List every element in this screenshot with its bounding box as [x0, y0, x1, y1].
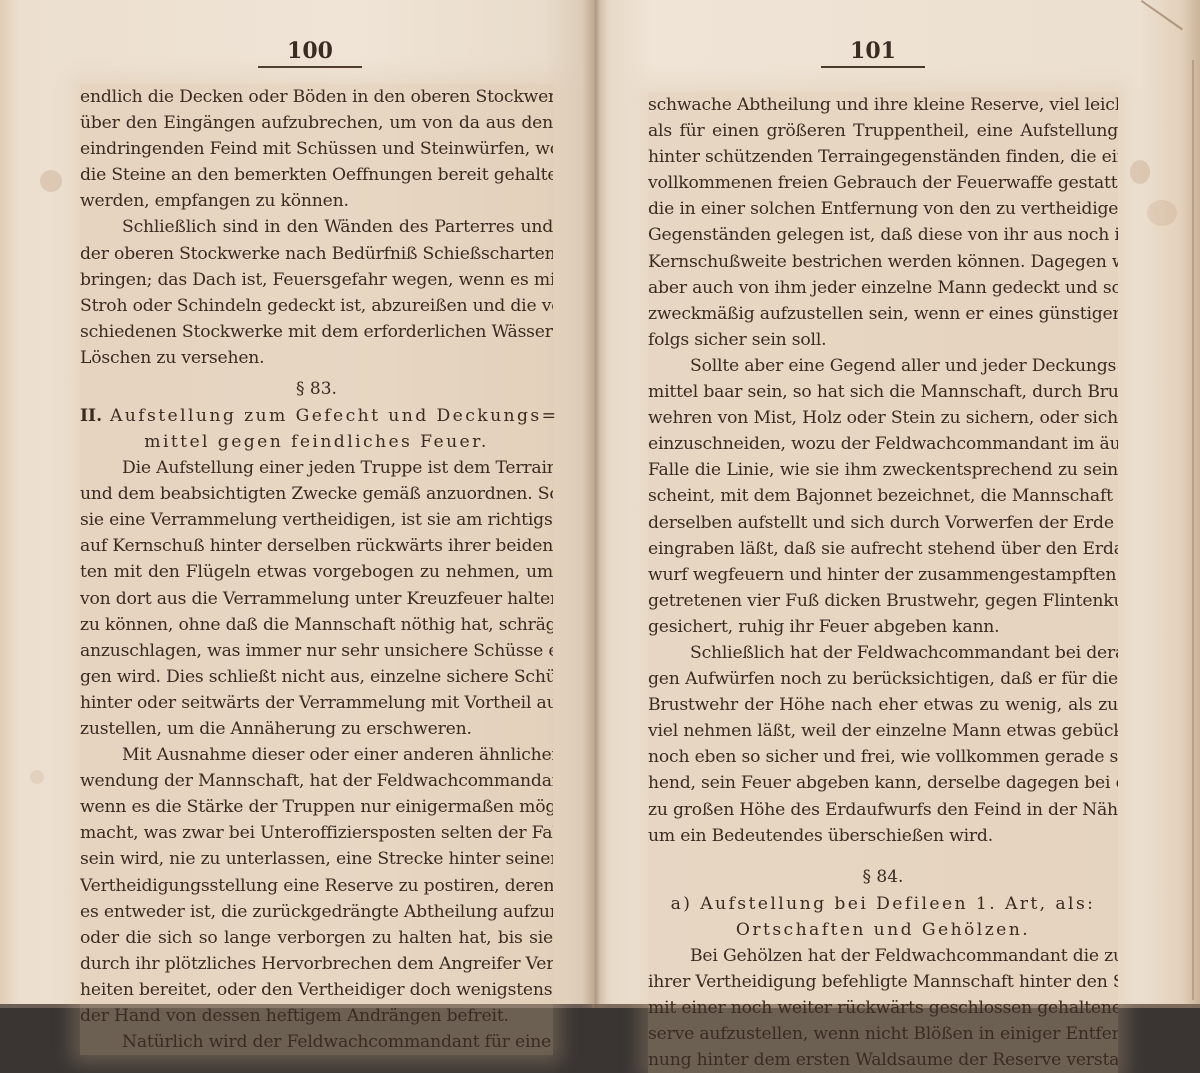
text-line: folgs sicher sein soll.	[648, 327, 1118, 353]
text-line: Mit Ausnahme dieser oder einer anderen ä…	[80, 742, 553, 768]
section-number: § 83.	[80, 375, 553, 403]
text-line: Sollte aber eine Gegend aller und jeder …	[648, 353, 1118, 379]
text-line: einzuschneiden, wozu der Feldwachcommand…	[648, 431, 1118, 457]
text-line: werden, empfangen zu können.	[80, 188, 553, 214]
paper-stain	[1130, 160, 1150, 184]
text-line: durch ihr plötzliches Hervorbrechen dem …	[80, 951, 553, 977]
section-heading: II. Aufstellung zum Gefecht und Deckungs…	[80, 403, 553, 429]
text-line: wenn es die Stärke der Truppen nur einig…	[80, 794, 553, 820]
text-line: ten mit den Flügeln etwas vorgebogen zu …	[80, 559, 553, 585]
section-heading: a) Aufstellung bei Defileen 1. Art, als:	[648, 891, 1118, 917]
text-line: anzuschlagen, was immer nur sehr unsiche…	[80, 638, 553, 664]
text-line: eingraben läßt, daß sie aufrecht stehend…	[648, 536, 1118, 562]
section-number: § 84.	[648, 863, 1118, 891]
text-line: schiedenen Stockwerke mit dem erforderli…	[80, 319, 553, 345]
page-number: 101	[818, 38, 928, 68]
text-line: mittel baar sein, so hat sich die Mannsc…	[648, 379, 1118, 405]
text-line: von dort aus die Verrammelung unter Kreu…	[80, 586, 553, 612]
section-heading-cont: mittel gegen feindliches Feuer.	[80, 429, 553, 455]
text-line: Stroh oder Schindeln gedeckt ist, abzure…	[80, 293, 553, 319]
text-line: endlich die Decken oder Böden in den obe…	[80, 84, 553, 110]
text-line: viel nehmen läßt, weil der einzelne Mann…	[648, 718, 1118, 744]
text-line: eindringenden Feind mit Schüssen und Ste…	[80, 136, 553, 162]
text-line: noch eben so sicher und frei, wie vollko…	[648, 744, 1118, 770]
text-line: schwache Abtheilung und ihre kleine Rese…	[648, 92, 1118, 118]
text-line: um ein Bedeutendes überschießen wird.	[648, 823, 1118, 849]
paper-stain	[1147, 200, 1177, 226]
left-page-text: endlich die Decken oder Böden in den obe…	[80, 84, 553, 1017]
text-line: getretenen vier Fuß dicken Brustwehr, ge…	[648, 588, 1118, 614]
text-line: oder die sich so lange verborgen zu halt…	[80, 925, 553, 951]
paper-stain	[40, 170, 62, 192]
text-line: die Steine an den bemerkten Oeffnungen b…	[80, 162, 553, 188]
text-line: zu großen Höhe des Erdaufwurfs den Feind…	[648, 797, 1118, 823]
text-line: scheint, mit dem Bajonnet bezeichnet, di…	[648, 483, 1118, 509]
book-gutter	[582, 0, 608, 1008]
open-book: 100 endlich die Decken oder Böden in den…	[0, 0, 1200, 1010]
heading-numeral: II.	[80, 406, 102, 426]
text-line: sein wird, nie zu unterlassen, eine Stre…	[80, 846, 553, 872]
text-line: auf Kernschuß hinter derselben rückwärts…	[80, 533, 553, 559]
page-edge	[1192, 60, 1194, 1000]
text-line: es entweder ist, die zurückgedrängte Abt…	[80, 899, 553, 925]
text-line: aber auch von ihm jeder einzelne Mann ge…	[648, 275, 1118, 301]
text-line: der oberen Stockwerke nach Bedürfniß Sch…	[80, 241, 553, 267]
text-line: macht, was zwar bei Unteroffiziersposten…	[80, 820, 553, 846]
paper-stain	[30, 770, 44, 784]
text-line: ihrer Vertheidigung befehligte Mannschaf…	[648, 969, 1118, 995]
text-line: hinter oder seitwärts der Verrammelung m…	[80, 690, 553, 716]
text-line: vollkommenen freien Gebrauch der Feuerwa…	[648, 170, 1118, 196]
text-line: der Hand von dessen heftigem Andrängen b…	[80, 1003, 553, 1017]
text-line: Die Aufstellung einer jeden Truppe ist d…	[80, 455, 553, 481]
text-line: zustellen, um die Annäherung zu erschwer…	[80, 716, 553, 742]
text-line: hend, sein Feuer abgeben kann, derselbe …	[648, 770, 1118, 796]
section-heading-cont: Ortschaften und Gehölzen.	[648, 917, 1118, 943]
text-line: als für einen größeren Truppentheil, ein…	[648, 118, 1118, 144]
page-corner-fold	[1141, 0, 1183, 30]
text-line: heiten bereitet, oder den Vertheidiger d…	[80, 977, 553, 1003]
text-line: wurf wegfeuern und hinter der zusammenge…	[648, 562, 1118, 588]
text-line: Vertheidigungsstellung eine Reserve zu p…	[80, 873, 553, 899]
text-line: Bei Gehölzen hat der Feldwachcommandant …	[648, 943, 1118, 969]
left-page: 100 endlich die Decken oder Böden in den…	[0, 0, 592, 1008]
text-line: Schließlich hat der Feldwachcommandant b…	[648, 640, 1118, 666]
text-line: Kernschußweite bestrichen werden können.…	[648, 249, 1118, 275]
text-line: mit einer noch weiter rückwärts geschlos…	[648, 995, 1118, 1017]
text-line: Schließlich sind in den Wänden des Parte…	[80, 214, 553, 240]
text-line: wehren von Mist, Holz oder Stein zu sich…	[648, 405, 1118, 431]
heading-text: Aufstellung zum Gefecht und Deckungs=	[110, 406, 559, 426]
text-line: Falle die Linie, wie sie ihm zweckentspr…	[648, 457, 1118, 483]
text-line: und dem beabsichtigten Zwecke gemäß anzu…	[80, 481, 553, 507]
text-line: gesichert, ruhig ihr Feuer abgeben kann.	[648, 614, 1118, 640]
right-page-text: schwache Abtheilung und ihre kleine Rese…	[648, 92, 1118, 1017]
text-line: bringen; das Dach ist, Feuersgefahr wege…	[80, 267, 553, 293]
text-line: zweckmäßig aufzustellen sein, wenn er ei…	[648, 301, 1118, 327]
text-line: zu können, ohne daß die Mannschaft nöthi…	[80, 612, 553, 638]
page-number: 100	[255, 38, 365, 68]
text-line: wendung der Mannschaft, hat der Feldwach…	[80, 768, 553, 794]
text-line: derselben aufstellt und sich durch Vorwe…	[648, 510, 1118, 536]
text-line: sie eine Verrammelung vertheidigen, ist …	[80, 507, 553, 533]
text-line: hinter schützenden Terraingegenständen f…	[648, 144, 1118, 170]
text-line: gen wird. Dies schließt nicht aus, einze…	[80, 664, 553, 690]
text-line: über den Eingängen aufzubrechen, um von …	[80, 110, 553, 136]
text-line: Brustwehr der Höhe nach eher etwas zu we…	[648, 692, 1118, 718]
text-line: die in einer solchen Entfernung von den …	[648, 196, 1118, 222]
text-line: Löschen zu versehen.	[80, 345, 553, 371]
text-line: gen Aufwürfen noch zu berücksichtigen, d…	[648, 666, 1118, 692]
text-line: Gegenständen gelegen ist, daß diese von …	[648, 222, 1118, 248]
